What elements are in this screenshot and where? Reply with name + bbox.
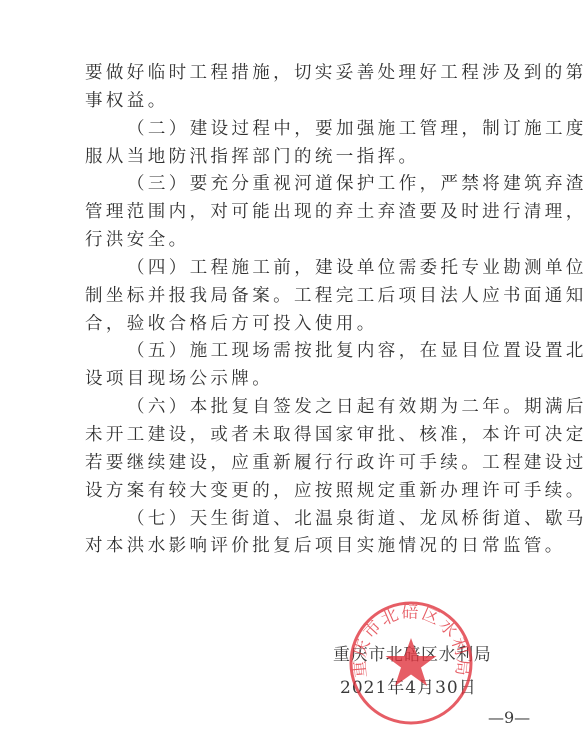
paragraph-line: （五）施工现场需按批复内容，在显目位置设置北碚区涉河建 [85,338,531,366]
paragraph-line: 要做好临时工程措施，切实妥善处理好工程涉及到的第三方合法水 [85,60,531,88]
signature-organization: 重庆市北碚区水利局 [333,640,491,665]
paragraph-line: 管理范围内，对可能出现的弃土弃渣要及时进行清理，以保证河道 [85,199,531,227]
paragraph-line: 事权益。 [85,88,531,116]
document-body: 要做好临时工程措施，切实妥善处理好工程涉及到的第三方合法水 事权益。 （二）建设… [85,60,531,561]
signature-date: 2021年4月30日 [340,673,477,698]
paragraph-line: 对本洪水影响评价批复后项目实施情况的日常监管。 [85,533,531,561]
document-page: 要做好临时工程措施，切实妥善处理好工程涉及到的第三方合法水 事权益。 （二）建设… [0,0,584,740]
paragraph-line: （四）工程施工前，建设单位需委托专业勘测单位施放工程控 [85,255,531,283]
paragraph-line: （二）建设过程中，要加强施工管理，制订施工度汛方案，要 [85,116,531,144]
paragraph-line: （七）天生街道、北温泉街道、龙凤桥街道、歇马街道应加强 [85,506,531,534]
paragraph-line: 服从当地防汛指挥部门的统一指挥。 [85,144,531,172]
paragraph-line: 未开工建设，或者未取得国家审批、核准，本许可决定自行失效。 [85,422,531,450]
paragraph-line: 合，验收合格后方可投入使用。 [85,311,531,339]
paragraph-line: （六）本批复自签发之日起有效期为二年。期满后，若该工程 [85,394,531,422]
paragraph-line: 设方案有较大变更的，应按照规定重新办理许可手续。 [85,478,531,506]
paragraph-line: 设项目现场公示牌。 [85,366,531,394]
paragraph-line: 制坐标并报我局备案。工程完工后项目法人应书面通知我局参与综 [85,283,531,311]
paragraph-line: （三）要充分重视河道保护工作，严禁将建筑弃渣倾倒在河道 [85,171,531,199]
paragraph-line: 行洪安全。 [85,227,531,255]
paragraph-line: 若要继续建设，应重新履行行政许可手续。工程建设过程中涉河建 [85,450,531,478]
page-number: —9— [488,708,530,727]
